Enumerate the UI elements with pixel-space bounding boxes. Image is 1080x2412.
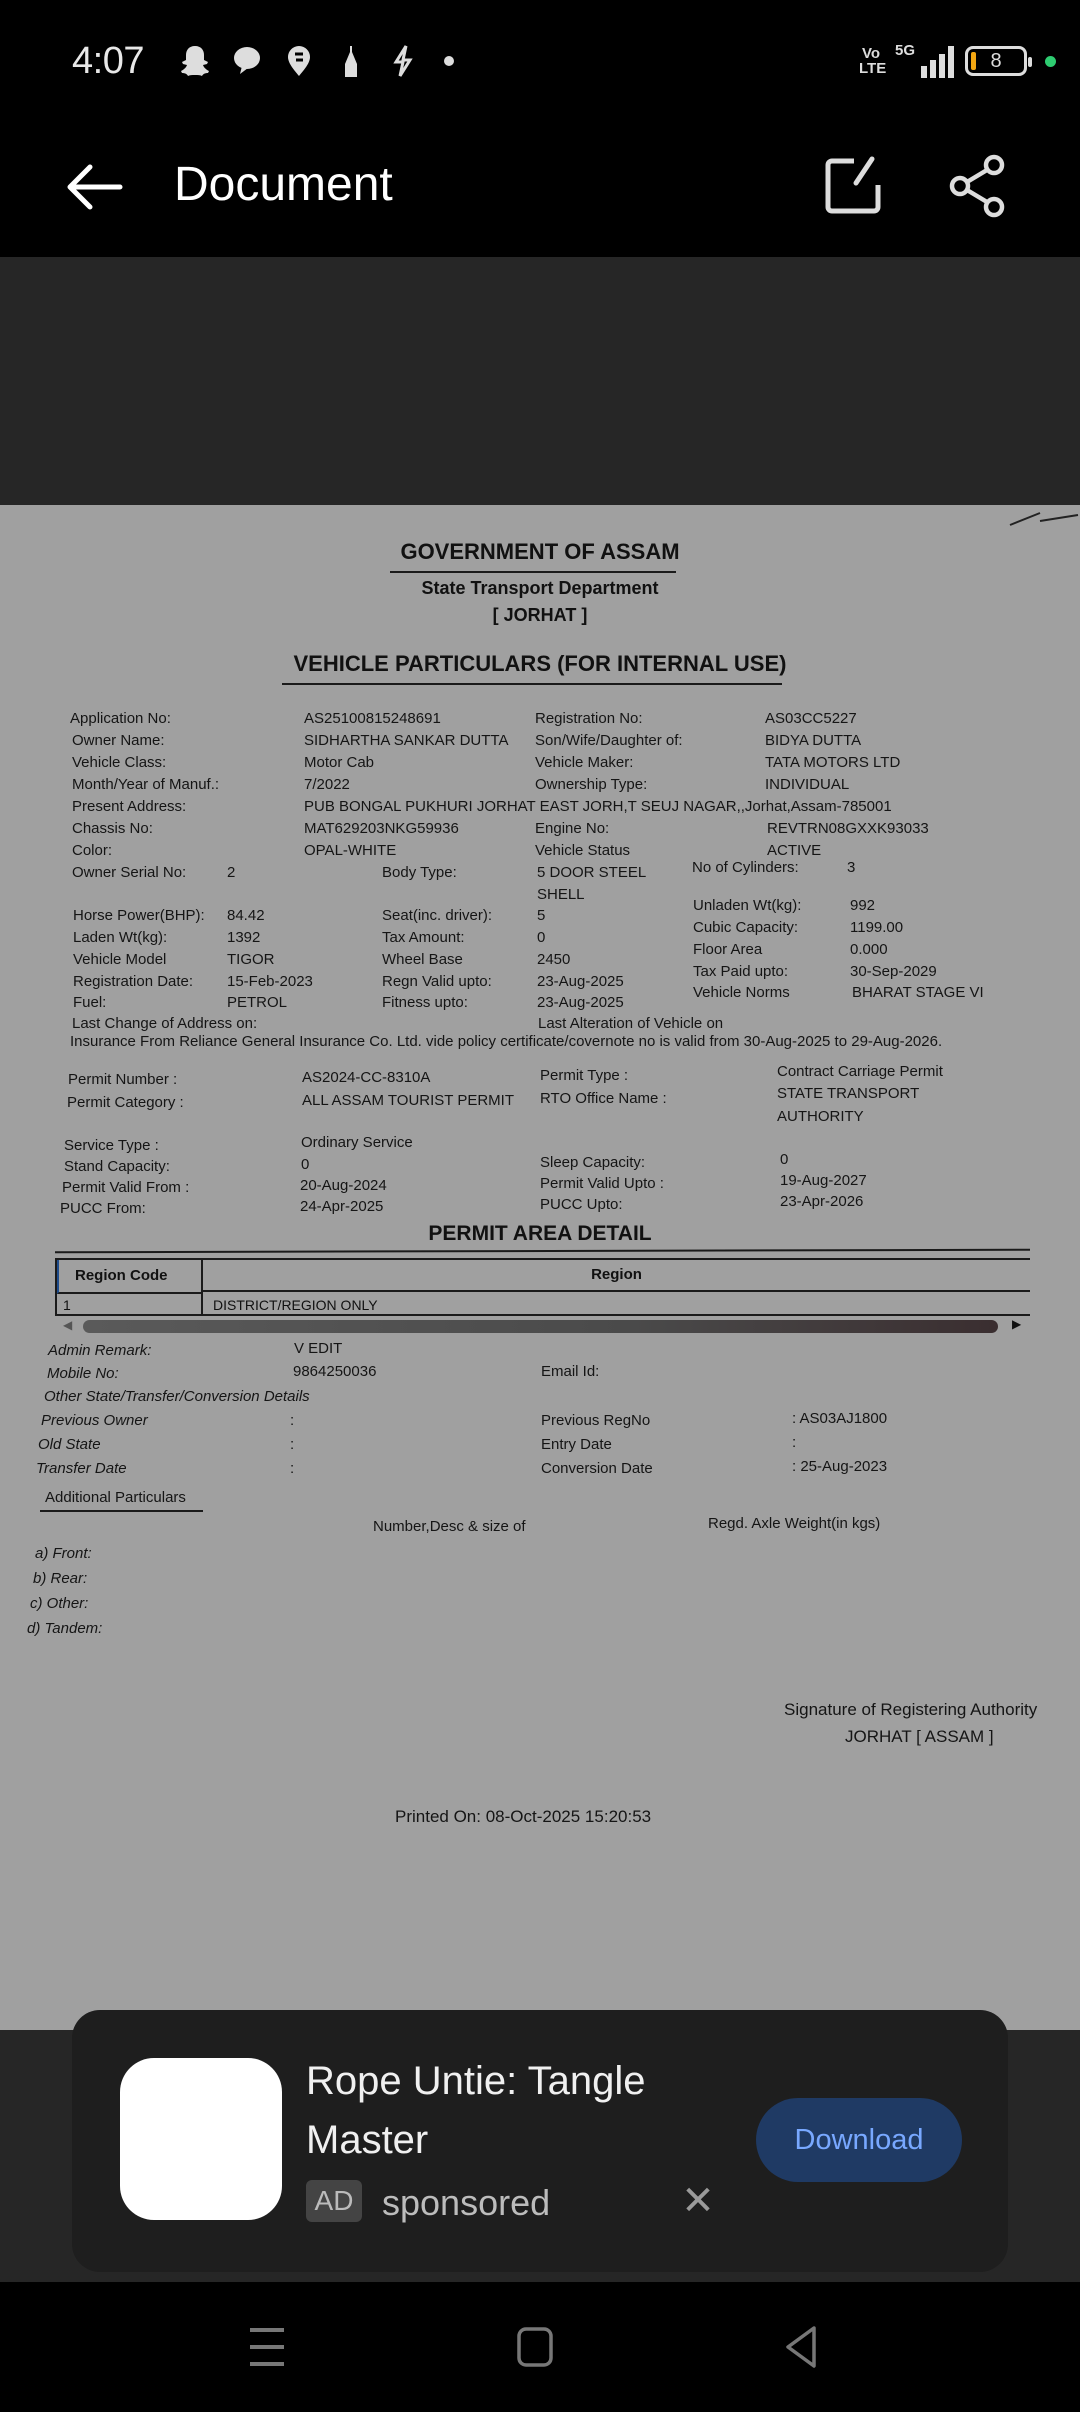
label-permit-number: Permit Number : — [68, 1071, 177, 1088]
label-manuf: Month/Year of Manuf.: — [72, 776, 219, 793]
value-chassis-no: MAT629203NKG59936 — [304, 820, 459, 837]
label-vehicle-class: Vehicle Class: — [72, 754, 166, 771]
ad-app-icon[interactable] — [120, 2058, 282, 2220]
value-engine-no: REVTRN08GXXK93033 — [767, 820, 929, 837]
status-bar: 4:07 VoLTE 5G 8 — [0, 0, 1080, 125]
value-rto-2: AUTHORITY — [777, 1108, 864, 1125]
label-laden-wt: Laden Wt(kg): — [73, 929, 167, 946]
label-tax-paid: Tax Paid upto: — [693, 963, 788, 980]
value-application-no: AS25100815248691 — [304, 710, 441, 727]
label-permit-category: Permit Category : — [67, 1094, 184, 1111]
value-transfer-date: : — [290, 1460, 294, 1477]
value-admin-remark: V EDIT — [294, 1340, 342, 1357]
edit-icon — [820, 153, 886, 219]
page-title: Document — [174, 157, 393, 212]
divider — [40, 1510, 203, 1512]
label-vehicle-status: Vehicle Status — [535, 842, 630, 859]
label-sleep-capacity: Sleep Capacity: — [540, 1154, 645, 1171]
column-header-desc: Number,Desc & size of — [373, 1518, 526, 1535]
label-front: a) Front: — [35, 1545, 92, 1562]
value-pucc-from: 24-Apr-2025 — [300, 1198, 383, 1215]
value-wheel-base: 2450 — [537, 951, 570, 968]
label-owner-serial: Owner Serial No: — [72, 864, 186, 881]
value-floor-area: 0.000 — [850, 941, 888, 958]
value-reg-date: 15-Feb-2023 — [227, 973, 313, 990]
app-bar: Document — [0, 125, 1080, 257]
signature-label: Signature of Registering Authority — [784, 1700, 1037, 1720]
value-model: TIGOR — [227, 951, 275, 968]
table-cell-region-code: 1 — [57, 1294, 203, 1316]
label-regn-valid: Regn Valid upto: — [382, 973, 492, 990]
government-heading: GOVERNMENT OF ASSAM — [0, 539, 1080, 565]
clock: 4:07 — [72, 40, 144, 83]
share-icon — [946, 153, 1012, 219]
bottle-icon — [336, 44, 366, 78]
document-page: GOVERNMENT OF ASSAM State Transport Depa… — [0, 505, 1080, 2030]
additional-heading: Additional Particulars — [45, 1489, 186, 1506]
permit-area-table: Region Code Region 1 DISTRICT/REGION ONL… — [55, 1258, 1030, 1316]
ad-title[interactable]: Rope Untie: Tangle Master — [306, 2052, 706, 2170]
value-relation: BIDYA DUTTA — [765, 732, 861, 749]
value-present-address: PUB BONGAL PUKHURI JORHAT EAST JORH,T SE… — [304, 798, 892, 815]
value-color: OPAL-WHITE — [304, 842, 396, 859]
value-owner-name: SIDHARTHA SANKAR DUTTA — [304, 732, 508, 749]
label-previous-owner: Previous Owner — [41, 1412, 148, 1429]
more-dot-icon — [444, 56, 454, 66]
value-old-state: : — [290, 1436, 294, 1453]
value-permit-type: Contract Carriage Permit — [777, 1063, 943, 1080]
label-rto: RTO Office Name : — [540, 1090, 667, 1107]
label-floor-area: Floor Area — [693, 941, 762, 958]
ad-badge: AD — [306, 2180, 362, 2222]
table-scrollbar[interactable] — [83, 1320, 998, 1333]
column-header-axle-weight: Regd. Axle Weight(in kgs) — [708, 1515, 880, 1532]
value-fuel: PETROL — [227, 994, 287, 1011]
signal-icon: 5G — [895, 44, 953, 78]
label-cylinders: No of Cylinders: — [692, 859, 799, 876]
battery-icon: 8 — [965, 46, 1027, 76]
label-pucc-from: PUCC From: — [60, 1200, 146, 1217]
value-permit-category: ALL ASSAM TOURIST PERMIT — [302, 1092, 514, 1109]
value-previous-owner: : — [290, 1412, 294, 1429]
label-other: c) Other: — [30, 1595, 88, 1612]
label-registration-no: Registration No: — [535, 710, 643, 727]
value-rto: STATE TRANSPORT — [777, 1085, 919, 1102]
value-manuf: 7/2022 — [304, 776, 350, 793]
page-edge-mark — [1000, 505, 1080, 535]
label-owner-name: Owner Name: — [72, 732, 165, 749]
value-regn-valid: 23-Aug-2025 — [537, 973, 624, 990]
value-permit-valid-upto: 19-Aug-2027 — [780, 1172, 867, 1189]
office-heading: [ JORHAT ] — [0, 605, 1080, 626]
label-permit-type: Permit Type : — [540, 1067, 628, 1084]
label-wheel-base: Wheel Base — [382, 951, 463, 968]
label-permit-valid-from: Permit Valid From : — [62, 1179, 189, 1196]
value-tax-amount: 0 — [537, 929, 545, 946]
label-tax-amount: Tax Amount: — [382, 929, 465, 946]
label-seat: Seat(inc. driver): — [382, 907, 492, 924]
download-button[interactable]: Download — [756, 2098, 962, 2182]
value-maker: TATA MOTORS LTD — [765, 754, 900, 771]
label-permit-valid-upto: Permit Valid Upto : — [540, 1175, 664, 1192]
scroll-right-icon[interactable]: ▶ — [1012, 1317, 1021, 1331]
label-ownership-type: Ownership Type: — [535, 776, 647, 793]
value-horse-power: 84.42 — [227, 907, 265, 924]
label-present-address: Present Address: — [72, 798, 186, 815]
divider — [55, 1249, 1030, 1254]
label-norms: Vehicle Norms — [693, 984, 790, 1001]
divider — [390, 571, 676, 573]
department-heading: State Transport Department — [0, 578, 1080, 599]
label-horse-power: Horse Power(BHP): — [73, 907, 205, 924]
value-stand-capacity: 0 — [301, 1156, 309, 1173]
back-nav-button[interactable] — [776, 2322, 826, 2372]
label-old-state: Old State — [38, 1436, 101, 1453]
label-relation: Son/Wife/Daughter of: — [535, 732, 683, 749]
ad-sponsored-label: sponsored — [382, 2182, 550, 2224]
value-permit-valid-from: 20-Aug-2024 — [300, 1177, 387, 1194]
label-mobile: Mobile No: — [47, 1365, 119, 1382]
close-icon[interactable]: ✕ — [678, 2178, 718, 2224]
value-mobile: 9864250036 — [293, 1363, 376, 1380]
value-body-type: 5 DOOR STEEL — [537, 864, 646, 881]
arrow-left-icon — [62, 155, 132, 219]
back-icon — [776, 2322, 826, 2372]
label-email: Email Id: — [541, 1363, 599, 1380]
divider — [282, 683, 782, 685]
notification-icons — [180, 44, 454, 78]
snapchat-icon — [180, 44, 210, 78]
value-registration-no: AS03CC5227 — [765, 710, 857, 727]
permit-area-heading: PERMIT AREA DETAIL — [0, 1222, 1080, 1246]
value-fitness: 23-Aug-2025 — [537, 994, 624, 1011]
label-engine-no: Engine No: — [535, 820, 609, 837]
share-button[interactable] — [946, 153, 1012, 219]
printed-on: Printed On: 08-Oct-2025 15:20:53 — [395, 1807, 651, 1827]
label-pucc-upto: PUCC Upto: — [540, 1196, 623, 1213]
recents-icon — [242, 2322, 292, 2372]
system-icons: VoLTE 5G 8 — [859, 44, 1056, 78]
label-cubic-capacity: Cubic Capacity: — [693, 919, 798, 936]
transfer-heading: Other State/Transfer/Conversion Details — [44, 1388, 310, 1405]
label-admin-remark: Admin Remark: — [48, 1342, 151, 1359]
label-color: Color: — [72, 842, 112, 859]
value-body-type-2: SHELL — [537, 886, 585, 903]
value-ownership-type: INDIVIDUAL — [765, 776, 849, 793]
label-fuel: Fuel: — [73, 994, 106, 1011]
label-fitness: Fitness upto: — [382, 994, 468, 1011]
value-tax-paid: 30-Sep-2029 — [850, 963, 937, 980]
value-unladen-wt: 992 — [850, 897, 875, 914]
value-seat: 5 — [537, 907, 545, 924]
label-maker: Vehicle Maker: — [535, 754, 633, 771]
back-button[interactable] — [62, 155, 132, 219]
scroll-left-icon[interactable]: ◀ — [63, 1318, 72, 1332]
home-button[interactable] — [510, 2322, 560, 2372]
label-chassis-no: Chassis No: — [72, 820, 153, 837]
home-icon — [510, 2322, 560, 2372]
label-entry-date: Entry Date — [541, 1436, 612, 1453]
insurance-statement: Insurance From Reliance General Insuranc… — [70, 1033, 942, 1050]
value-laden-wt: 1392 — [227, 929, 260, 946]
ad-banner[interactable]: Rope Untie: Tangle Master AD sponsored ✕… — [72, 2010, 1008, 2272]
table-cell-region: DISTRICT/REGION ONLY — [207, 1294, 378, 1316]
navigation-bar — [0, 2282, 1080, 2412]
label-unladen-wt: Unladen Wt(kg): — [693, 897, 801, 914]
value-service-type: Ordinary Service — [301, 1134, 413, 1151]
value-norms: BHARAT STAGE VI — [852, 984, 984, 1001]
volte-icon: VoLTE — [859, 46, 883, 76]
label-rear: b) Rear: — [33, 1570, 87, 1587]
value-vehicle-class: Motor Cab — [304, 754, 374, 771]
label-stand-capacity: Stand Capacity: — [64, 1158, 170, 1175]
value-conversion-date: : 25-Aug-2023 — [792, 1458, 887, 1475]
label-reg-date: Registration Date: — [73, 973, 193, 990]
label-application-no: Application No: — [70, 710, 171, 727]
column-header-region-code: Region Code — [57, 1260, 203, 1294]
label-body-type: Body Type: — [382, 864, 457, 881]
label-last-alteration: Last Alteration of Vehicle on — [538, 1015, 723, 1032]
value-cubic-capacity: 1199.00 — [850, 919, 903, 936]
value-pucc-upto: 23-Apr-2026 — [780, 1193, 863, 1210]
value-owner-serial: 2 — [227, 864, 235, 881]
edit-button[interactable] — [820, 153, 886, 219]
label-previous-regno: Previous RegNo — [541, 1412, 650, 1429]
swiggy-icon — [284, 44, 314, 78]
value-permit-number: AS2024-CC-8310A — [302, 1069, 430, 1086]
value-entry-date: : — [792, 1434, 796, 1451]
value-previous-regno: : AS03AJ1800 — [792, 1410, 887, 1427]
signature-office: JORHAT [ ASSAM ] — [845, 1727, 994, 1747]
value-sleep-capacity: 0 — [780, 1151, 788, 1168]
value-vehicle-status: ACTIVE — [767, 842, 821, 859]
label-model: Vehicle Model — [73, 951, 166, 968]
privacy-indicator-dot — [1045, 56, 1056, 67]
label-transfer-date: Transfer Date — [36, 1460, 127, 1477]
value-cylinders: 3 — [847, 859, 855, 876]
recents-button[interactable] — [242, 2322, 292, 2372]
label-conversion-date: Conversion Date — [541, 1460, 653, 1477]
label-service-type: Service Type : — [64, 1137, 159, 1154]
label-tandem: d) Tandem: — [27, 1620, 102, 1637]
column-header-region: Region — [203, 1260, 1030, 1292]
zap-icon — [388, 44, 418, 78]
chat-bubble-icon — [232, 44, 262, 78]
label-last-address-change: Last Change of Address on: — [72, 1015, 257, 1032]
document-title: VEHICLE PARTICULARS (FOR INTERNAL USE) — [0, 651, 1080, 677]
